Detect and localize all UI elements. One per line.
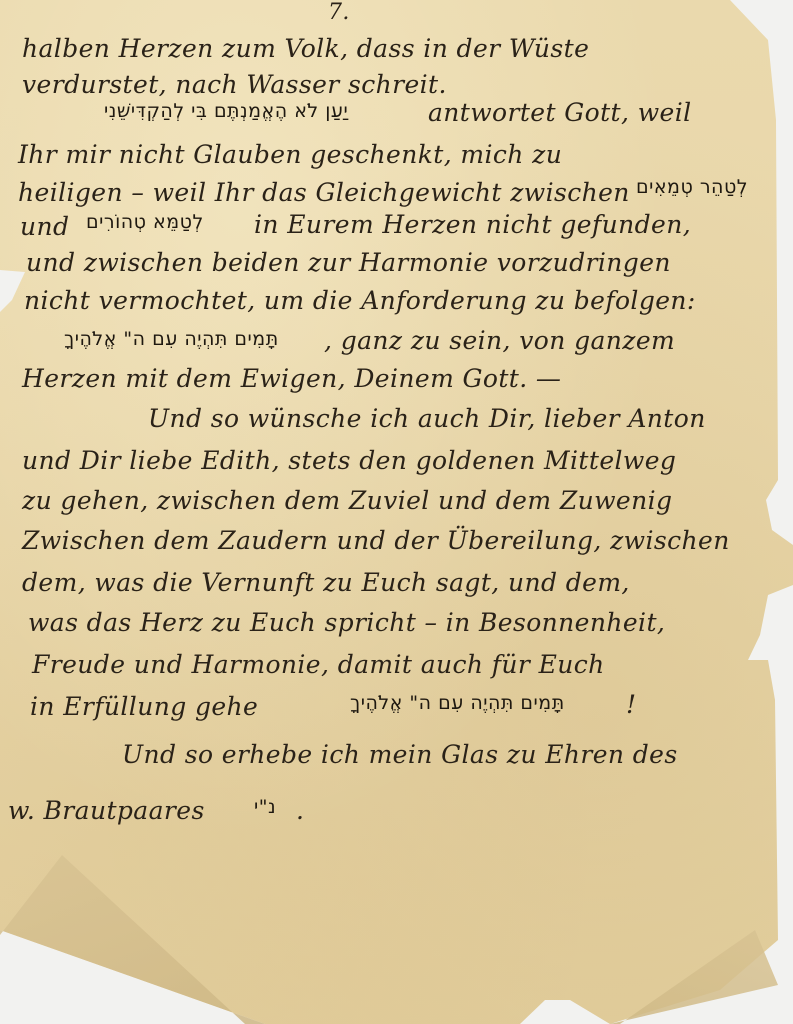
hebrew-letaher-temeim: לְטַהֵר טְמֵאִים <box>636 178 748 197</box>
handwritten-line-19: Und so erhebe ich mein Glas zu Ehren des <box>122 742 678 767</box>
handwritten-line-9: , ganz zu sein, von ganzem <box>324 328 675 353</box>
handwritten-line-20: w. Brautpaares <box>8 798 205 823</box>
handwritten-line-3: antwortet Gott, weil <box>428 100 691 125</box>
handwritten-line-16: was das Herz zu Euch spricht – in Besonn… <box>28 610 665 635</box>
handwritten-line-6: in Eurem Herzen nicht gefunden, <box>254 212 691 237</box>
handwritten-line-12: und Dir liebe Edith, stets den goldenen … <box>22 448 676 473</box>
handwritten-line-2: verdurstet, nach Wasser schreit. <box>22 72 447 97</box>
hebrew-quote-yaan-lo: יַעַן לֹא הֶאֱמַנְתֶּם בִּי לְהַקְדִּישֵ… <box>104 102 348 121</box>
handwritten-line-8: nicht vermochtet, um die Anforderung zu … <box>24 288 696 313</box>
handwritten-line-6-prefix: und <box>20 214 69 239</box>
closing-period: . <box>296 798 304 823</box>
handwritten-line-7: und zwischen beiden zur Harmonie vorzudr… <box>26 250 671 275</box>
hebrew-letame-tehorim: לְטַמֵּא טְהוֹרִים <box>86 213 204 232</box>
handwritten-line-1: halben Herzen zum Volk, dass in der Wüst… <box>22 36 589 61</box>
handwritten-line-18: in Erfüllung gehe <box>30 694 258 719</box>
handwritten-line-13: zu gehen, zwischen dem Zuviel und dem Zu… <box>22 488 672 513</box>
handwritten-line-11: Und so wünsche ich auch Dir, lieber Anto… <box>148 406 706 431</box>
handwritten-line-10: Herzen mit dem Ewigen, Deinem Gott. — <box>22 366 561 391</box>
scanned-document: 7. halben Herzen zum Volk, dass in der W… <box>0 0 793 1024</box>
handwritten-line-4: Ihr mir nicht Glauben geschenkt, mich zu <box>18 142 562 167</box>
hebrew-tamim-tihyeh-2: תָּמִים תִּהְיֶה עִם ה" אֱלֹהֶיךָ <box>350 694 565 713</box>
page-number: 7. <box>328 2 350 24</box>
handwritten-line-17: Freude und Harmonie, damit auch für Euch <box>32 652 605 677</box>
handwritten-line-5: heiligen – weil Ihr das Gleichgewicht zw… <box>18 180 630 205</box>
exclamation-mark: ! <box>626 692 636 717</box>
handwritten-line-15: dem, was die Vernunft zu Euch sagt, und … <box>22 570 630 595</box>
handwritten-line-14: Zwischen dem Zaudern und der Übereilung,… <box>22 528 730 553</box>
hebrew-tamim-tihyeh-1: תָּמִים תִּהְיֶה עִם ה" אֱלֹהֶיךָ <box>64 330 279 349</box>
hebrew-neiro-yair: נ"י <box>254 798 276 817</box>
